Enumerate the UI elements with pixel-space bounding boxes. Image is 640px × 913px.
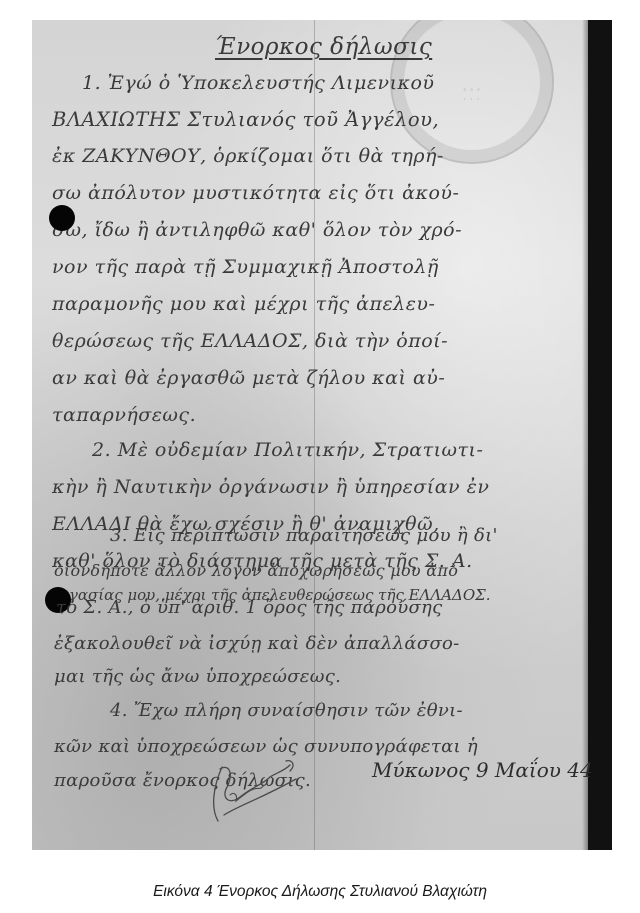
text-line: σω, ἴδω ἢ ἀντιληφθῶ καθ' ὅλον τὸν χρό- [52, 219, 462, 241]
text-line: ΒΛΑΧΙΩΤΗΣ Στυλιανός τοῦ Ἀγγέλου, [52, 108, 439, 131]
text-line: ΕΛΛΑΔΙ θὰ ἔχω σχέσιν ἢ θ' ἀναμιχθῶ, [52, 513, 440, 535]
text-line: 2. Μὲ οὐδεμίαν Πολιτικήν, Στρατιωτι- [92, 439, 483, 461]
handwritten-text: Ένορκος δήλωσις 1. Ἐγώ ὁ Ὑποκελευστής Λι… [32, 20, 588, 850]
text-line: θερώσεως τῆς ΕΛΛΑΔΟΣ, διὰ τὴν ὁποί- [52, 330, 448, 352]
scanned-document: ◦ ◦ ◦· · · Ένορκος δήλωσις 1. Ἐγώ ὁ Ὑποκ… [32, 20, 612, 850]
figure-caption: Εικόνα 4 Ένορκος Δήλωσης Στυλιανού Βλαχι… [0, 883, 640, 901]
text-line: νον τῆς παρὰ τῇ Συμμαχικῇ Ἀποστολῇ [52, 256, 439, 278]
scan-dark-edge [588, 20, 612, 850]
punch-hole [49, 205, 75, 231]
text-line: παραμονῆς μου καὶ μέχρι τῆς ἀπελευ- [52, 293, 435, 315]
text-line: καθ' ὅλον τὸ διάστημα τῆς μετὰ τῆς Σ. Α. [52, 550, 473, 572]
document-title: Ένορκος δήλωσις [215, 34, 432, 60]
text-line: αν καὶ θὰ ἐργασθῶ μετὰ ζήλου καὶ αὐ- [52, 367, 445, 389]
text-line: ταπαρνήσεως. [52, 404, 196, 426]
punch-hole [45, 587, 71, 613]
text-line: κὴν ἢ Ναυτικὴν ὀργάνωσιν ἢ ὑπηρεσίαν ἐν [52, 476, 489, 498]
text-line: ἐργασίας μου, μέχρι τῆς ἀπελευθερώσεως τ… [52, 586, 491, 604]
text-line: ἐκ ΖΑΚΥΝΘΟΥ, ὁρκίζομαι ὅτι θὰ τηρή- [52, 145, 444, 167]
text-line: 1. Ἐγώ ὁ Ὑποκελευστής Λιμενικοῦ [82, 72, 434, 94]
text-line: σω ἀπόλυτον μυστικότητα εἰς ὅτι ἀκού- [52, 182, 459, 204]
